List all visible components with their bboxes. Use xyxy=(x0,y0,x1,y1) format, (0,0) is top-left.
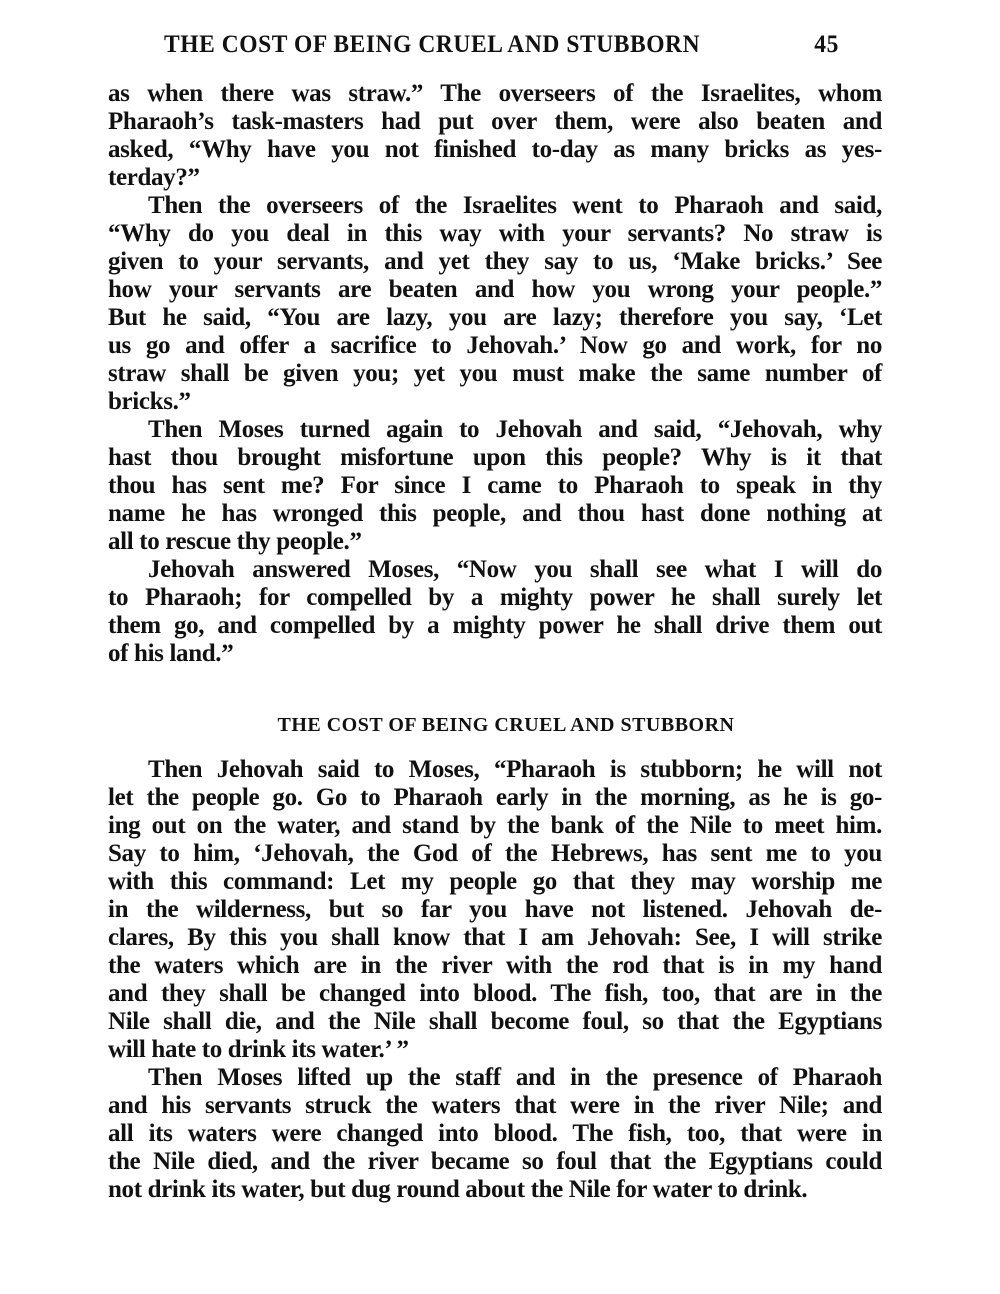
paragraph: Then Moses turned again to Jehovah and s… xyxy=(108,416,882,556)
text-line: not drink its water, but dug round about… xyxy=(108,1176,882,1204)
text-line: will hate to drink its water.’ ” xyxy=(108,1036,882,1064)
text-line: Pharaoh’s task-masters had put over them… xyxy=(108,108,882,136)
paragraph: Jehovah answered Moses, “Now you shall s… xyxy=(108,556,882,668)
text-line: “Why do you deal in this way with your s… xyxy=(108,220,882,248)
paragraph: as when there was straw.” The overseers … xyxy=(108,80,882,192)
section-heading: THE COST OF BEING CRUEL AND STUBBORN xyxy=(0,711,1000,739)
book-page: THE COST OF BEING CRUEL AND STUBBORN 45 … xyxy=(0,0,1000,1294)
text-line: straw shall be given you; yet you must m… xyxy=(108,360,882,388)
text-line: asked, “Why have you not finished to-day… xyxy=(108,136,882,164)
text-line: all to rescue thy people.” xyxy=(108,528,882,556)
text-line: and his servants struck the waters that … xyxy=(108,1092,882,1120)
text-line: them go, and compelled by a mighty power… xyxy=(108,612,882,640)
text-line: let the people go. Go to Pharaoh early i… xyxy=(108,784,882,812)
text-line: ing out on the water, and stand by the b… xyxy=(108,812,882,840)
text-line: with this command: Let my people go that… xyxy=(108,868,882,896)
text-block-after-heading: Then Jehovah said to Moses, “Pharaoh is … xyxy=(108,756,882,1204)
text-line: all its waters were changed into blood. … xyxy=(108,1120,882,1148)
text-line: Say to him, ‘Jehovah, the God of the Heb… xyxy=(108,840,882,868)
text-line: in the wilderness, but so far you have n… xyxy=(108,896,882,924)
text-line: Nile shall die, and the Nile shall becom… xyxy=(108,1008,882,1036)
text-line: Then Moses turned again to Jehovah and s… xyxy=(108,416,882,444)
text-line: Then the overseers of the Israelites wen… xyxy=(108,192,882,220)
text-line: Then Jehovah said to Moses, “Pharaoh is … xyxy=(108,756,882,784)
text-line: name he has wronged this people, and tho… xyxy=(108,500,882,528)
text-line: terday?” xyxy=(108,164,882,192)
text-block-before-heading: as when there was straw.” The overseers … xyxy=(108,80,882,668)
text-line: bricks.” xyxy=(108,388,882,416)
text-line: given to your servants, and yet they say… xyxy=(108,248,882,276)
text-line: But he said, “You are lazy, you are lazy… xyxy=(108,304,882,332)
paragraph: Then Moses lifted up the staff and in th… xyxy=(108,1064,882,1204)
text-line: the waters which are in the river with t… xyxy=(108,952,882,980)
text-line: and they shall be changed into blood. Th… xyxy=(108,980,882,1008)
text-line: us go and offer a sacrifice to Jehovah.’… xyxy=(108,332,882,360)
paragraph: Then the overseers of the Israelites wen… xyxy=(108,192,882,416)
text-line: of his land.” xyxy=(108,640,882,668)
page-number: 45 xyxy=(814,31,839,59)
running-head: THE COST OF BEING CRUEL AND STUBBORN 45 xyxy=(164,28,839,62)
text-line: the Nile died, and the river became so f… xyxy=(108,1148,882,1176)
text-line: to Pharaoh; for compelled by a mighty po… xyxy=(108,584,882,612)
paragraph: Then Jehovah said to Moses, “Pharaoh is … xyxy=(108,756,882,1064)
text-line: Then Moses lifted up the staff and in th… xyxy=(108,1064,882,1092)
text-line: hast thou brought misfortune upon this p… xyxy=(108,444,882,472)
text-line: thou has sent me? For since I came to Ph… xyxy=(108,472,882,500)
text-line: as when there was straw.” The overseers … xyxy=(108,80,882,108)
running-head-title: THE COST OF BEING CRUEL AND STUBBORN xyxy=(164,31,700,59)
text-line: Jehovah answered Moses, “Now you shall s… xyxy=(108,556,882,584)
text-line: how your servants are beaten and how you… xyxy=(108,276,882,304)
text-line: clares, By this you shall know that I am… xyxy=(108,924,882,952)
